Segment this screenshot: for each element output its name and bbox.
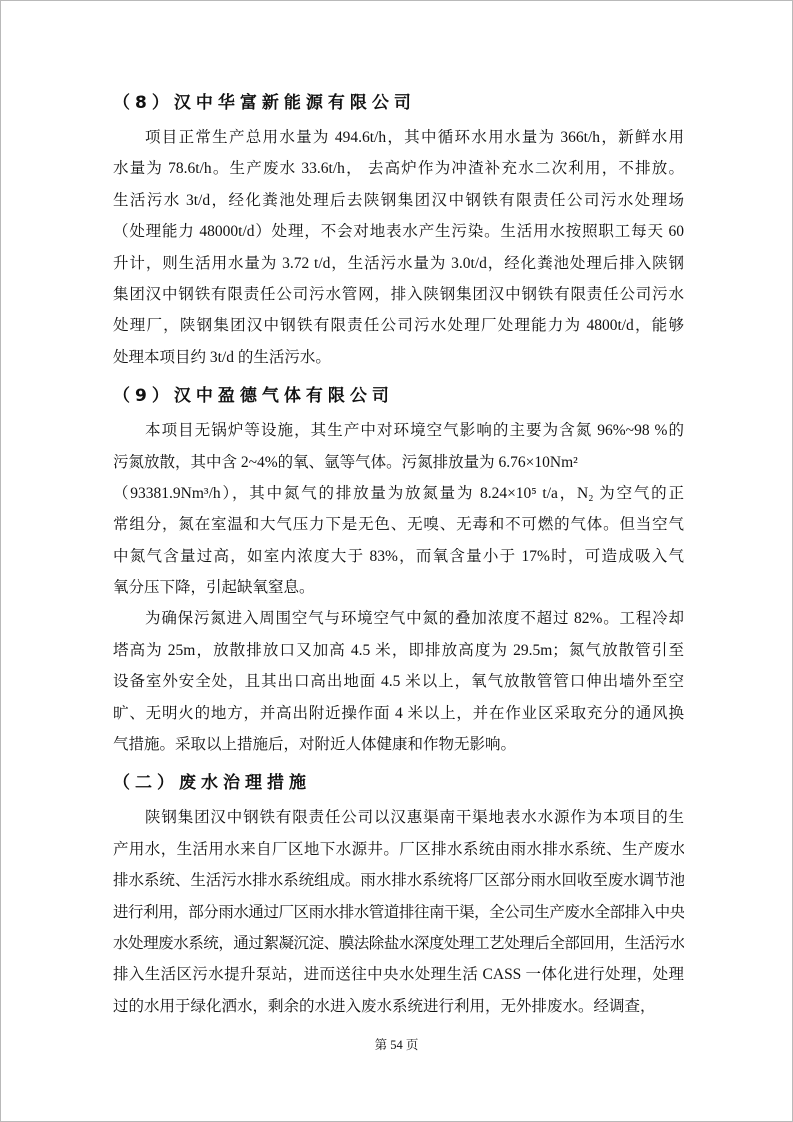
text-line: 进行利用，部分雨水通过厂区雨水排水管道排往南干渠，全公司生产废水全部排入中央 bbox=[113, 897, 684, 928]
text-line: 项目正常生产总用水量为 494.6t/h，其中循环水用水量为 366t/h，新鲜… bbox=[113, 122, 684, 153]
text-line: 常组分，氮在室温和大气压力下是无色、无嗅、无毒和不可燃的气体。但当空气 bbox=[113, 509, 684, 540]
text-line: 生活污水 3t/d，经化粪池处理后去陕钢集团汉中钢铁有限责任公司污水处理场 bbox=[113, 185, 684, 216]
text-line: 处理本项目约 3t/d 的生活污水。 bbox=[113, 342, 684, 373]
page-number: 第 54 页 bbox=[375, 1038, 419, 1052]
paragraph-company-9-b: 为确保污氮进入周围空气与环境空气中氮的叠加浓度不超过 82%。工程冷却 塔高为 … bbox=[113, 603, 684, 760]
text-line: 水处理废水系统，通过絮凝沉淀、膜法除盐水深度处理工艺处理后全部回用，生活污水 bbox=[113, 928, 684, 959]
text-line: 处理厂，陕钢集团汉中钢铁有限责任公司污水处理厂处理能力为 4800t/d，能够 bbox=[113, 310, 684, 341]
text-line: 集团汉中钢铁有限责任公司污水管网，排入陕钢集团汉中钢铁有限责任公司污水 bbox=[113, 279, 684, 310]
text-line: 设备室外安全处，且其出口高出地面 4.5 米以上，氧气放散管管口伸出墙外至空 bbox=[113, 666, 684, 697]
document-page: （8）汉中华富新能源有限公司 项目正常生产总用水量为 494.6t/h，其中循环… bbox=[0, 0, 793, 1122]
text-line: 过的水用于绿化洒水，剩余的水进入废水系统进行利用，无外排废水。经调查， bbox=[113, 991, 684, 1022]
text-line: 塔高为 25m，放散排放口又加高 4.5 米，即排放高度为 29.5m；氮气放散… bbox=[113, 635, 684, 666]
text-line: 升计，则生活用水量为 3.72 t/d，生活污水量为 3.0t/d，经化粪池处理… bbox=[113, 248, 684, 279]
text-line: 排水系统、生活污水排水系统组成。雨水排水系统将厂区部分雨水回收至废水调节池 bbox=[113, 865, 684, 896]
text-line: 排入生活区污水提升泵站，进而送往中央水处理生活 CASS 一体化进行处理，处理 bbox=[113, 959, 684, 990]
text-line: 陕钢集团汉中钢铁有限责任公司以汉惠渠南干渠地表水水源作为本项目的生 bbox=[113, 802, 684, 833]
text-line: 中氮气含量过高，如室内浓度大于 83%，而氧含量小于 17%时，可造成吸入气 bbox=[113, 541, 684, 572]
document-body: （8）汉中华富新能源有限公司 项目正常生产总用水量为 494.6t/h，其中循环… bbox=[113, 87, 684, 1022]
text-line: 本项目无锅炉等设施，其生产中对环境空气影响的主要为含氮 96%~98 %的 bbox=[113, 415, 684, 446]
text-line: 为确保污氮进入周围空气与环境空气中氮的叠加浓度不超过 82%。工程冷却 bbox=[113, 603, 684, 634]
text-line: （处理能力 48000t/d）处理，不会对地表水产生污染。生活用水按照职工每天 … bbox=[113, 216, 684, 247]
text-line: 产用水，生活用水来自厂区地下水源井。厂区排水系统由雨水排水系统、生产废水 bbox=[113, 834, 684, 865]
paragraph-company-8: 项目正常生产总用水量为 494.6t/h，其中循环水用水量为 366t/h，新鲜… bbox=[113, 122, 684, 373]
text-line: 水量为 78.6t/h。生产废水 33.6t/h， 去高炉作为冲渣补充水二次利用… bbox=[113, 153, 684, 184]
text-line: 氧分压下降，引起缺氧窒息。 bbox=[113, 572, 684, 603]
text-line: 旷、无明火的地方，并高出附近操作面 4 米以上，并在作业区采取充分的通风换 bbox=[113, 698, 684, 729]
text-line: 污氮放散，其中含 2~4%的氧、氩等气体。污氮排放量为 6.76×10Nm² bbox=[113, 447, 684, 478]
section-heading-wastewater: （二）废水治理措施 bbox=[113, 767, 684, 799]
paragraph-company-9-a: 本项目无锅炉等设施，其生产中对环境空气影响的主要为含氮 96%~98 %的 污氮… bbox=[113, 415, 684, 603]
text-line: （93381.9Nm³/h），其中氮气的排放量为放氮量为 8.24×10⁵ t/… bbox=[113, 478, 684, 509]
page-footer: 第 54 页 bbox=[1, 1035, 792, 1055]
paragraph-wastewater: 陕钢集团汉中钢铁有限责任公司以汉惠渠南干渠地表水水源作为本项目的生 产用水，生活… bbox=[113, 802, 684, 1022]
section-heading-8: （8）汉中华富新能源有限公司 bbox=[113, 87, 684, 119]
section-heading-9: （9）汉中盈德气体有限公司 bbox=[113, 380, 684, 412]
text-line: 气措施。采取以上措施后，对附近人体健康和作物无影响。 bbox=[113, 729, 684, 760]
